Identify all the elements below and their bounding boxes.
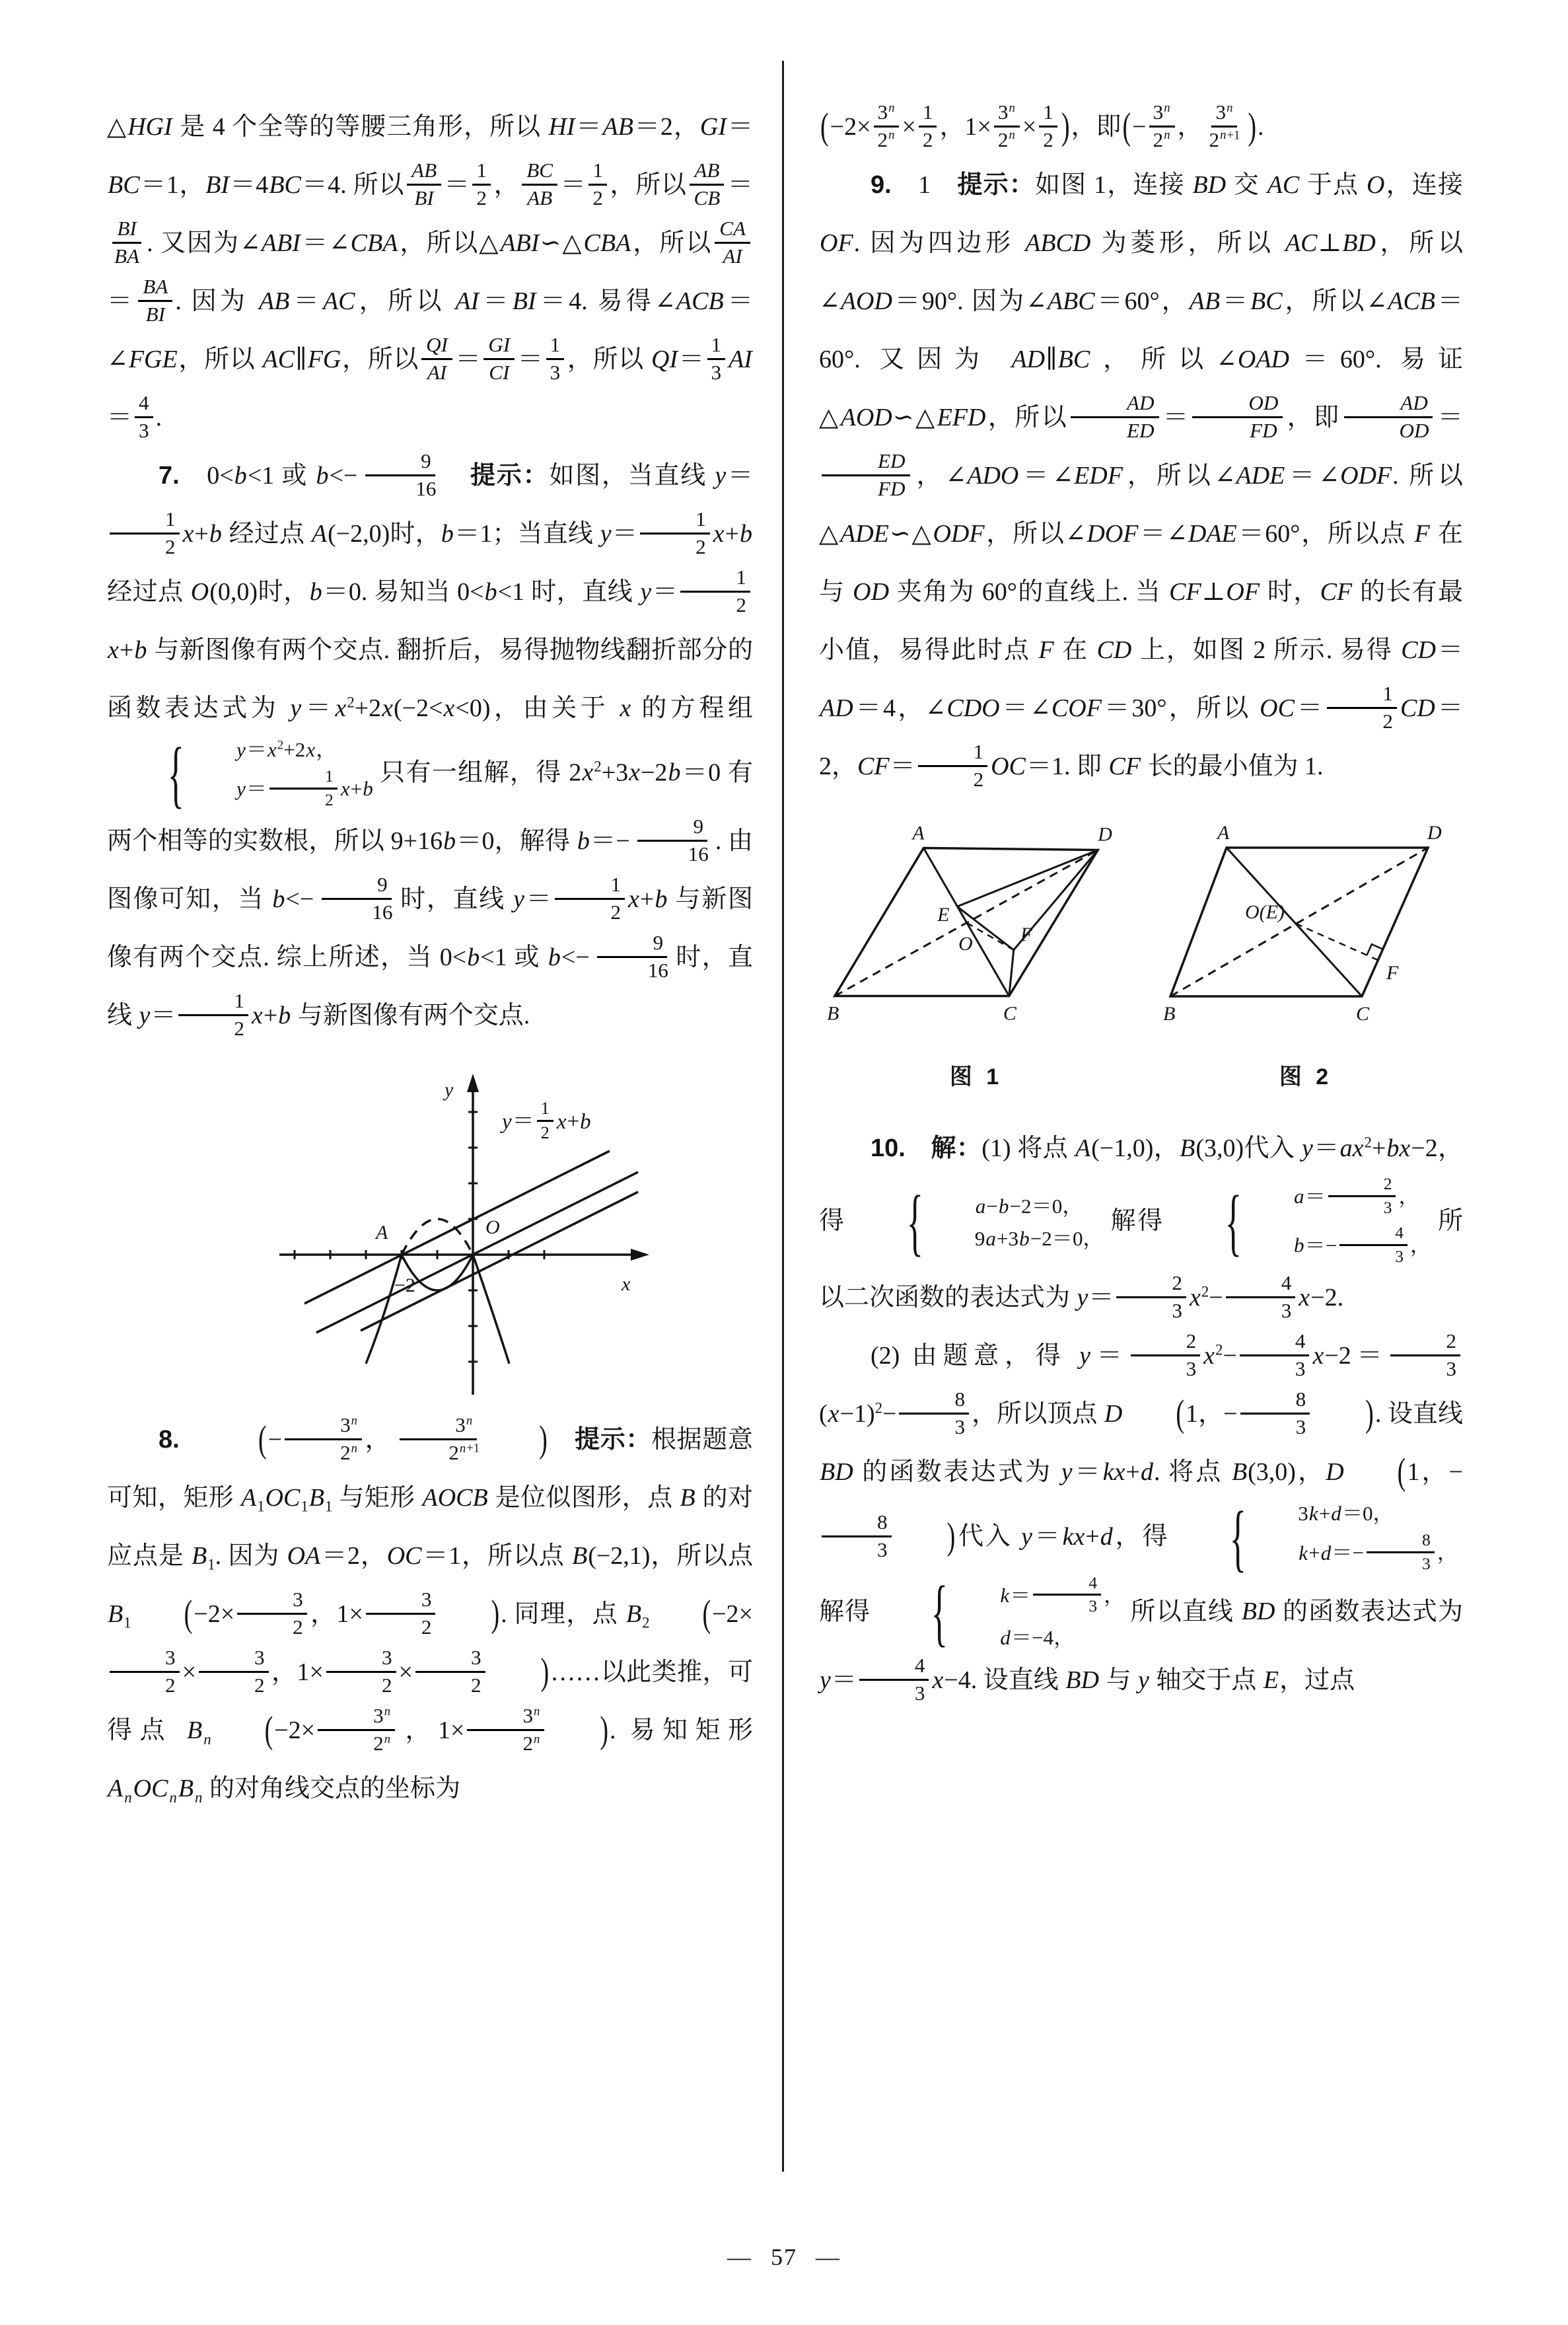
solution-10-part2: (2) 由题意，得 y＝23x2−43x−2＝23(x−1)2−83，所以顶点 … xyxy=(819,1327,1463,1709)
solution-8-continuation: (−2×3n2n×12，1×3n2n×12)，即(−3n2n，3n2n+1). xyxy=(819,98,1463,156)
page-number-dash-right: — xyxy=(816,2244,841,2270)
solution-10-part1: 10. 解：(1) 将点 A(−1,0)，B(3,0)代入 y＝ax2+bx−2… xyxy=(819,1119,1463,1327)
diagonal-BD-dashed xyxy=(835,850,1098,996)
parabola-right-branch xyxy=(473,1255,509,1364)
page-number: —57— xyxy=(0,2243,1568,2271)
fig2-label-B: B xyxy=(1163,1003,1175,1025)
figure-2: A D B C O(E) F 图 2 xyxy=(1151,818,1460,1106)
fig1-label-B: B xyxy=(827,1002,839,1024)
column-divider xyxy=(782,61,784,2172)
segment-OF-dashed-2 xyxy=(1296,924,1378,960)
fig1-label-E: E xyxy=(937,904,949,926)
page-number-value: 57 xyxy=(771,2244,797,2270)
x-axis-arrow-icon xyxy=(631,1249,649,1261)
line-formula-label: y＝12x+b xyxy=(501,1101,592,1145)
x-axis-label: x xyxy=(621,1273,631,1295)
fig1-label-C: C xyxy=(1003,1002,1017,1024)
solution-9: 9. 1 提示：如图 1，连接 BD 交 AC 于点 O，连接 OF. 因为四边… xyxy=(819,156,1463,795)
family-of-lines xyxy=(304,1151,638,1333)
fig2-label-A: A xyxy=(1216,822,1230,844)
fig1-label-O: O xyxy=(958,933,973,955)
y-axis-label: y xyxy=(443,1079,454,1101)
segment-ED xyxy=(957,850,1098,906)
right-column: (−2×3n2n×12，1×3n2n×12)，即(−3n2n，3n2n+1). … xyxy=(819,98,1463,1709)
origin-O-label: O xyxy=(485,1216,500,1238)
figure-2-caption: 图 2 xyxy=(1151,1048,1460,1106)
point-A-label: A xyxy=(374,1222,388,1243)
fig2-label-D: D xyxy=(1427,822,1442,844)
figure-1: A D B C E O F 图 1 xyxy=(822,818,1131,1106)
solution-7: 7. 0<b<1 或 b<−916 提示：如图，当直线 y＝12x+b 经过点 … xyxy=(107,447,753,1045)
figure-2-drawing: A D B C O(E) F xyxy=(1160,818,1451,1029)
fig1-label-F: F xyxy=(1020,924,1033,945)
solution-6-continuation: △HGI 是 4 个全等的等腰三角形，所以 HI＝AB＝2，GI＝BC＝1，BI… xyxy=(107,98,753,447)
problem7-graph-figure: y x A −2 O y＝12x+b xyxy=(205,1063,655,1400)
fig2-label-F: F xyxy=(1386,962,1399,984)
figure-1-caption: 图 1 xyxy=(822,1048,1131,1106)
figure-1-drawing: A D B C E O F xyxy=(822,818,1131,1029)
page-number-dash-left: — xyxy=(727,2244,752,2270)
fig2-label-OE: O(E) xyxy=(1245,901,1285,923)
solution-8: 8. (−3n2n，3n2n+1) 提示：根据题意可知，矩形 A1OC1B1 与… xyxy=(107,1411,753,1818)
fig1-label-D: D xyxy=(1097,824,1112,846)
left-column: △HGI 是 4 个全等的等腰三角形，所以 HI＝AB＝2，GI＝BC＝1，BI… xyxy=(107,98,753,1818)
y-axis-arrow-icon xyxy=(467,1074,479,1092)
fig1-label-A: A xyxy=(911,823,925,844)
fig2-label-C: C xyxy=(1356,1003,1370,1025)
tick-neg2-label: −2 xyxy=(394,1274,415,1296)
figure-row: A D B C E O F 图 1 A D xyxy=(822,818,1460,1106)
